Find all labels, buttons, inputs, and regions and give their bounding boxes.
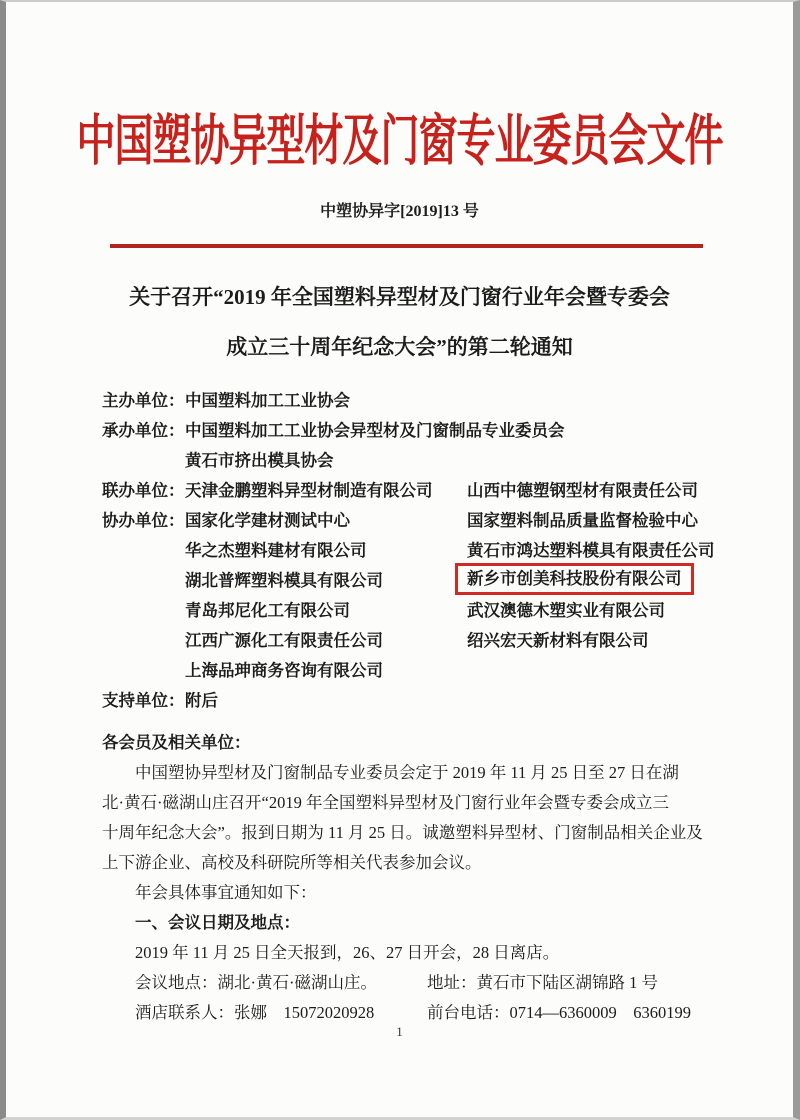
assist-unit-col2: 新乡市创美科技股份有限公司 — [467, 568, 694, 590]
paragraph-line: 中国塑协异型材及门窗制品专业委员会定于 2019 年 11 月 25 日至 27… — [102, 758, 705, 788]
assist-unit-col1: 江西广源化工有限责任公司 — [185, 627, 467, 651]
host-unit-row: 主办单位： 中国塑料加工工业协会 — [102, 384, 777, 414]
schedule-line: 2019 年 11 月 25 日全天报到，26、27 日开会，28 日离店。 — [102, 938, 705, 968]
highlighted-company-red-box: 新乡市创美科技股份有限公司 — [455, 563, 694, 595]
assist-unit-row: 江西广源化工有限责任公司 绍兴宏天新材料有限公司 — [102, 624, 777, 654]
joint-unit-label: 联办单位： — [102, 477, 185, 501]
assist-unit-label: 协办单位： — [102, 507, 185, 531]
joint-unit-col1: 天津金鹏塑料异型材制造有限公司 — [185, 477, 467, 501]
support-unit-label: 支持单位： — [102, 687, 185, 711]
document-header-title: 中国塑协异型材及门窗专业委员会文件 — [6, 97, 793, 177]
address-text: 地址：黄石市下陆区湖锦路 1 号 — [427, 968, 658, 998]
assist-unit-row: 青岛邦尼化工有限公司 武汉澳德木塑实业有限公司 — [102, 594, 777, 624]
assist-unit-row: 华之杰塑料建材有限公司 黄石市鸿达塑料模具有限责任公司 — [102, 534, 777, 564]
assist-unit-row: 上海品珅商务咨询有限公司 — [102, 654, 777, 684]
page-number: 1 — [6, 1024, 793, 1040]
paragraph-line: 北·黄石·磁湖山庄召开“2019 年全国塑料异型材及门窗行业年会暨专委会成立三 — [102, 788, 705, 818]
red-divider-line — [110, 244, 703, 248]
assist-unit-row-highlighted: 湖北普辉塑料模具有限公司 新乡市创美科技股份有限公司 — [102, 564, 777, 594]
organizer-unit-row-2: 黄石市挤出模具协会 — [102, 444, 777, 474]
notice-body: 中国塑协异型材及门窗制品专业委员会定于 2019 年 11 月 25 日至 27… — [102, 758, 705, 1028]
notice-title: 关于召开“2019 年全国塑料异型材及门窗行业年会暨专委会 成立三十周年纪念大会… — [6, 283, 793, 362]
joint-unit-col2: 山西中德塑钢型材有限责任公司 — [467, 477, 698, 501]
assist-unit-col2: 绍兴宏天新材料有限公司 — [467, 627, 649, 651]
organizing-units-section: 主办单位： 中国塑料加工工业协会 承办单位： 中国塑料加工工业协会异型材及门窗制… — [102, 384, 777, 714]
venue-address-row: 会议地点：湖北·黄石·磁湖山庄。 地址：黄石市下陆区湖锦路 1 号 — [102, 968, 705, 998]
assist-unit-col1: 华之杰塑料建材有限公司 — [185, 537, 467, 561]
joint-unit-row: 联办单位： 天津金鹏塑料异型材制造有限公司 山西中德塑钢型材有限责任公司 — [102, 474, 777, 504]
notice-title-line-2: 成立三十周年纪念大会”的第二轮通知 — [6, 333, 793, 362]
assist-unit-col1: 国家化学建材测试中心 — [185, 507, 467, 531]
notice-title-line-1: 关于召开“2019 年全国塑料异型材及门窗行业年会暨专委会 — [6, 283, 793, 312]
document-number: 中塑协异字[2019]13 号 — [6, 198, 793, 221]
host-unit-value: 中国塑料加工工业协会 — [185, 387, 350, 411]
organizer-unit-label: 承办单位： — [102, 417, 185, 441]
assist-unit-col2: 黄石市鸿达塑料模具有限责任公司 — [467, 537, 715, 561]
organizer-unit-row: 承办单位： 中国塑料加工工业协会异型材及门窗制品专业委员会 — [102, 414, 777, 444]
host-unit-label: 主办单位： — [102, 387, 185, 411]
salutation: 各会员及相关单位： — [102, 729, 251, 753]
assist-unit-col1: 上海品珅商务咨询有限公司 — [185, 657, 467, 681]
support-unit-value: 附后 — [185, 687, 218, 711]
assist-unit-col1: 湖北普辉塑料模具有限公司 — [185, 567, 467, 591]
assist-unit-col2: 国家塑料制品质量监督检验中心 — [467, 507, 698, 531]
paragraph-line: 十周年纪念大会”。报到日期为 11 月 25 日。诚邀塑料异型材、门窗制品相关企… — [102, 818, 705, 848]
notice-intro-line: 年会具体事宜通知如下： — [102, 878, 705, 908]
section-1-heading: 一、会议日期及地点： — [102, 908, 705, 938]
paragraph-line: 上下游企业、高校及科研院所等相关代表参加会议。 — [102, 848, 705, 878]
assist-unit-col1: 青岛邦尼化工有限公司 — [185, 597, 467, 621]
document-page: 中国塑协异型材及门窗专业委员会文件 中塑协异字[2019]13 号 关于召开“2… — [0, 0, 800, 1120]
organizer-unit-value-1: 中国塑料加工工业协会异型材及门窗制品专业委员会 — [185, 417, 565, 441]
organizer-unit-value-2: 黄石市挤出模具协会 — [185, 447, 334, 471]
venue-text: 会议地点：湖北·黄石·磁湖山庄。 — [135, 968, 427, 998]
support-unit-row: 支持单位： 附后 — [102, 684, 777, 714]
assist-unit-col2: 武汉澳德木塑实业有限公司 — [467, 597, 665, 621]
assist-unit-row: 协办单位： 国家化学建材测试中心 国家塑料制品质量监督检验中心 — [102, 504, 777, 534]
